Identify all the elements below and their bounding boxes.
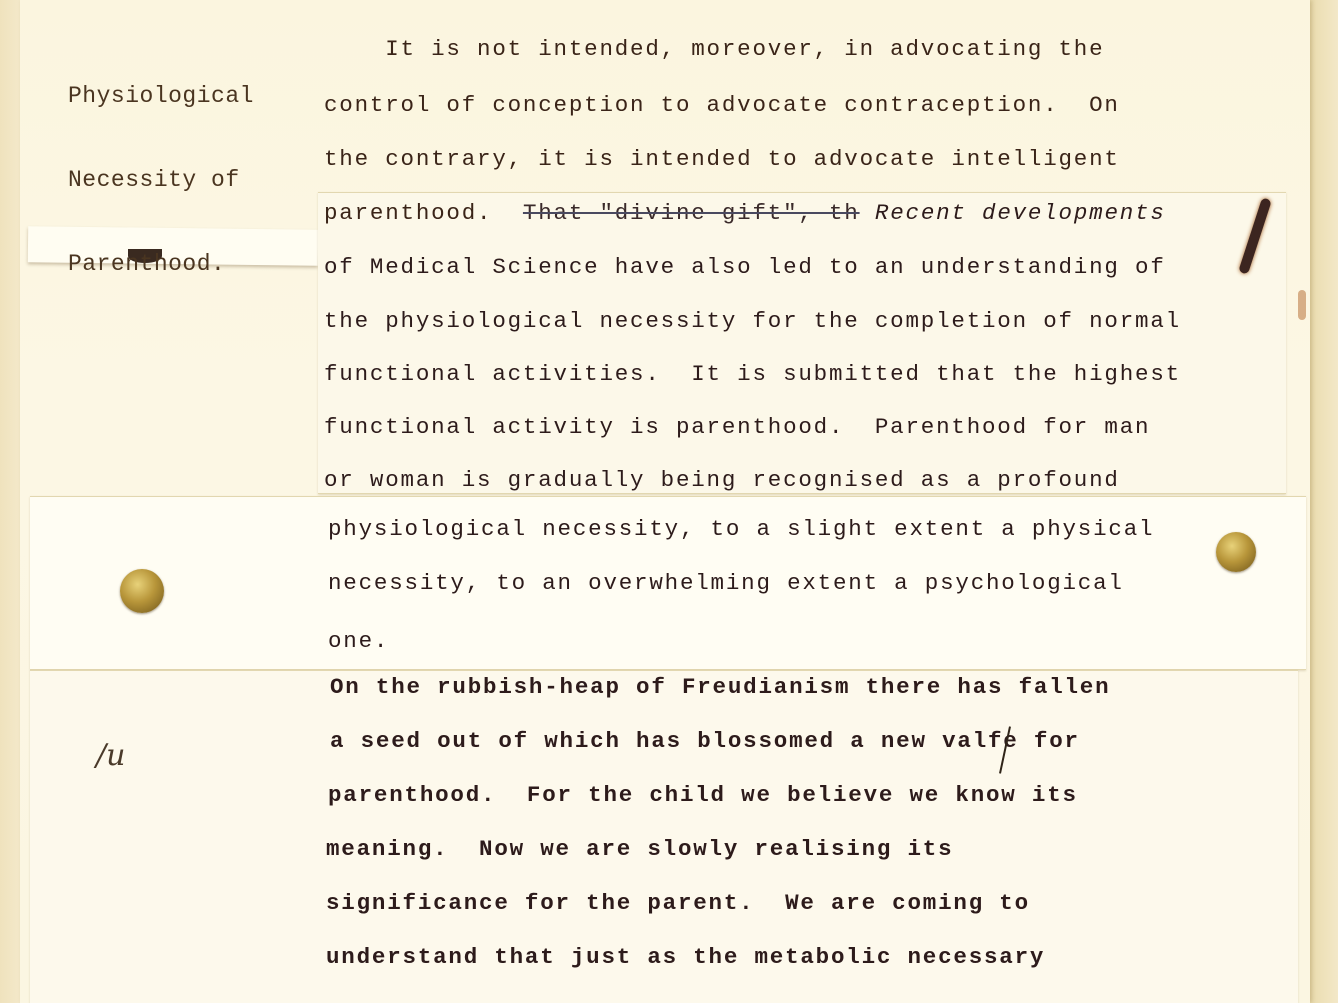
margin-heading-line: Parenthood.	[68, 250, 254, 278]
text-line: functional activity is parenthood. Paren…	[324, 414, 1150, 440]
text-line: On the rubbish-heap of Freudianism there…	[330, 674, 1110, 700]
text-line: of Medical Science have also led to an u…	[324, 254, 1166, 280]
text-line: the physiological necessity for the comp…	[324, 308, 1181, 334]
text-line: one.	[328, 628, 389, 654]
text-line: a seed out of which has blossomed a new …	[330, 728, 1080, 754]
text-line: physiological necessity, to a slight ext…	[328, 516, 1154, 542]
margin-heading-line: Necessity of	[68, 166, 254, 194]
text-line: the contrary, it is intended to advocate…	[324, 146, 1120, 172]
pasted-strip-1	[318, 192, 1286, 494]
text-line: meaning. Now we are slowly realising its	[326, 836, 953, 862]
text-segment: parenthood.	[324, 200, 523, 226]
brass-fastener-icon	[1216, 532, 1256, 572]
text-line: understand that just as the metabolic ne…	[326, 944, 1045, 970]
text-line: control of conception to advocate contra…	[324, 92, 1120, 118]
text-line: significance for the parent. We are comi…	[326, 890, 1030, 916]
text-line: or woman is gradually being recognised a…	[324, 467, 1120, 493]
struck-out-text: That "divine gift", th	[523, 200, 860, 226]
inserted-text: Recent developments	[875, 200, 1166, 226]
margin-heading-line: Physiological	[68, 82, 254, 110]
rust-stain	[1298, 290, 1306, 320]
handwritten-margin-mark: /u	[96, 738, 125, 773]
brass-fastener-icon	[120, 569, 164, 613]
text-line: necessity, to an overwhelming extent a p…	[328, 570, 1124, 596]
text-line: It is not intended, moreover, in advocat…	[324, 36, 1104, 62]
text-line: functional activities. It is submitted t…	[324, 361, 1181, 387]
text-line-with-edit: parenthood. That "divine gift", th Recen…	[324, 200, 1166, 226]
margin-heading: Physiological Necessity of Parenthood.	[68, 26, 254, 306]
text-line: parenthood. For the child we believe we …	[328, 782, 1078, 808]
